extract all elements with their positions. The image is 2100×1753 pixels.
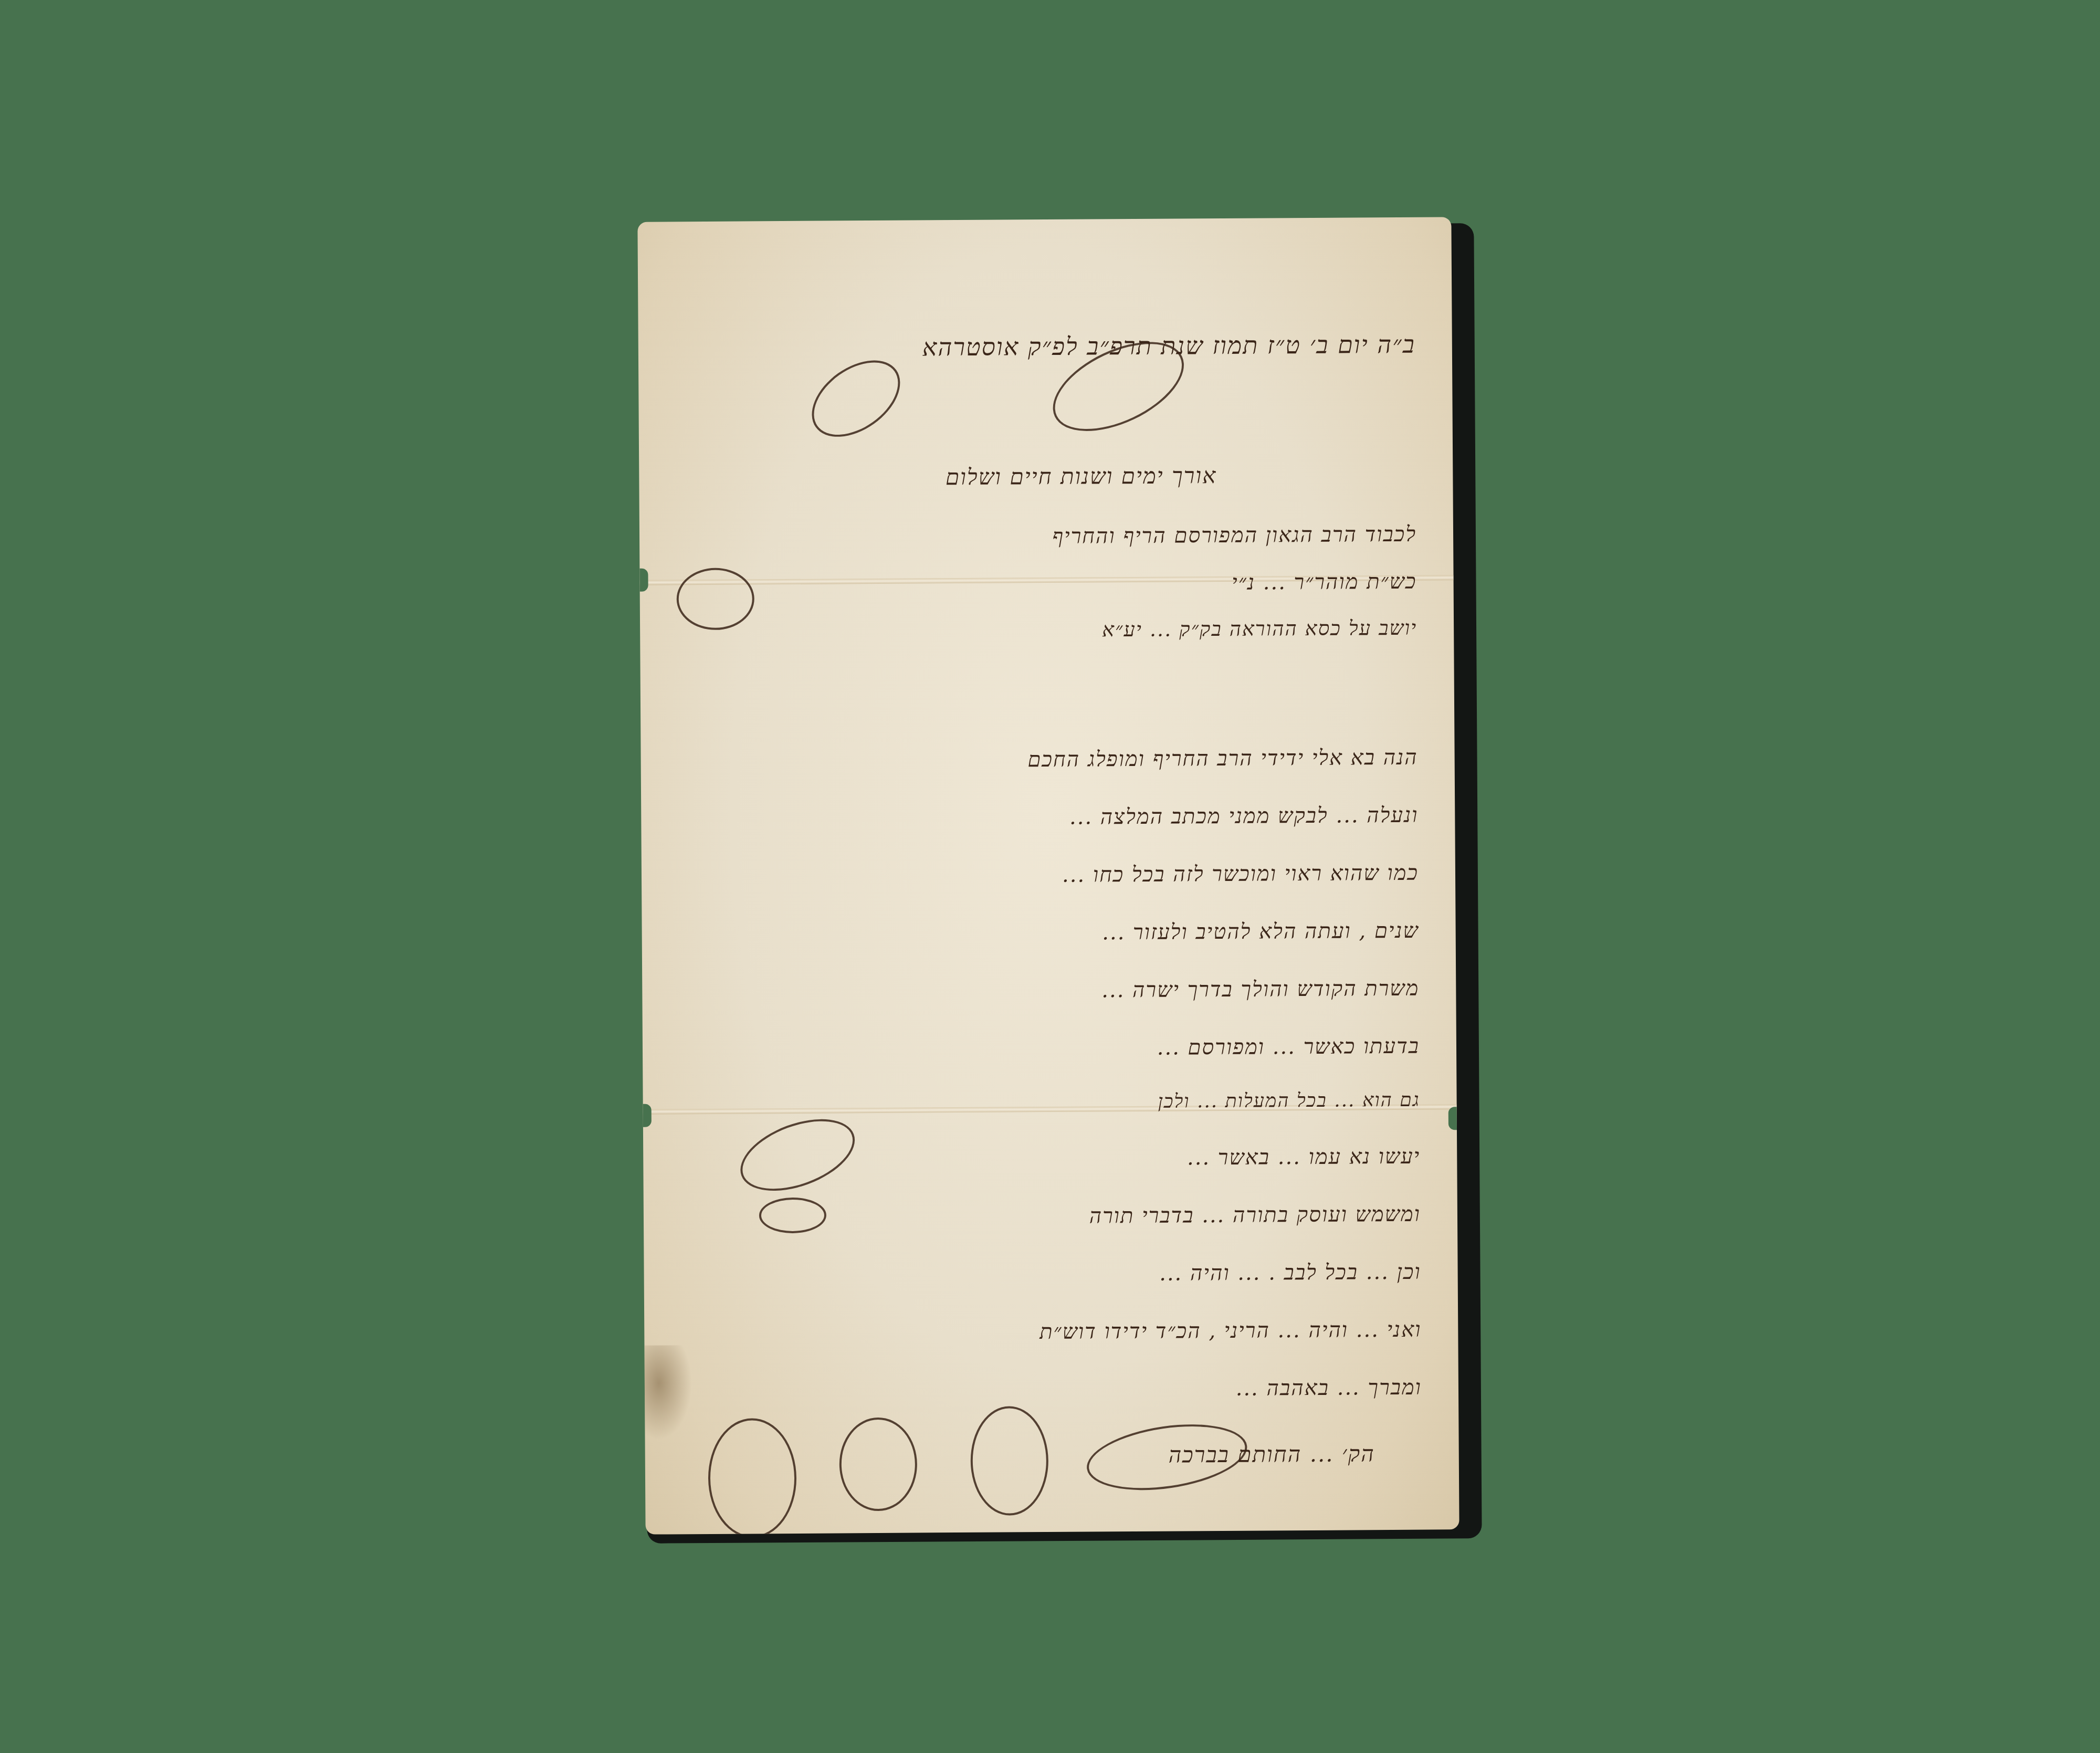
signature-flourish-4 bbox=[1083, 1415, 1252, 1499]
address-line-3: יושב על כסא ההוראה בק״ק ... יע״א bbox=[1102, 616, 1417, 642]
body-line-11: ואני ... והיה ... הריני , הכ״ד ידידו דוש… bbox=[1039, 1317, 1422, 1344]
greeting-line: אורך ימים ושנות חיים ושלום bbox=[946, 463, 1217, 490]
body-line-9: ומשמש ועוסק בתורה ... בדברי תורה bbox=[1089, 1202, 1421, 1229]
letter-paper: ב״ה יום ב׳ ט״ז תמוז שנת תרפ״ב לפ״ק אוסטר… bbox=[637, 217, 1459, 1534]
signature-flourish-2 bbox=[839, 1418, 917, 1511]
body-flourish bbox=[731, 1105, 865, 1205]
tear-notch-left-middle bbox=[637, 1104, 652, 1127]
body-line-12: ומברך ... באהבה ... bbox=[1235, 1375, 1422, 1401]
heading-flourish-2 bbox=[798, 345, 915, 453]
body-line-5: משרת הקודש והולך בדרך ישרה ... bbox=[1101, 976, 1419, 1003]
body-line-6: בדעתו כאשר ... ומפורסם ... bbox=[1157, 1034, 1420, 1060]
body-line-7: גם הוא ... בכל המעלות ... ולכן bbox=[1158, 1089, 1420, 1112]
water-stain bbox=[644, 1345, 692, 1440]
address-line-2: כש״ת מוהר״ר ... נ״י bbox=[1232, 569, 1417, 595]
body-line-2: ונעלה ... לבקש ממני מכתב המלצה ... bbox=[1069, 803, 1419, 830]
body-flourish-2 bbox=[759, 1198, 826, 1234]
body-line-1: הנה בא אלי ידידי הרב החריף ומופלג החכם bbox=[1027, 745, 1417, 772]
signature-flourish-1 bbox=[708, 1418, 796, 1535]
tear-notch-left-top bbox=[637, 569, 648, 592]
body-line-3: כמו שהוא ראוי ומוכשר לזה בכל כחו ... bbox=[1062, 860, 1419, 887]
body-line-8: יעשו נא עמו ... באשר ... bbox=[1187, 1144, 1421, 1170]
body-line-10: וכן ... בכל לבב . ... והיה ... bbox=[1159, 1259, 1421, 1286]
address-line-1: לכבוד הרב הגאון המפורסם הריף והחריף bbox=[1052, 522, 1416, 549]
signature-flourish-3 bbox=[970, 1406, 1048, 1516]
address-flourish bbox=[676, 568, 754, 630]
body-line-4: שנים , ועתה הלא להטיב ולעזור ... bbox=[1102, 918, 1419, 945]
